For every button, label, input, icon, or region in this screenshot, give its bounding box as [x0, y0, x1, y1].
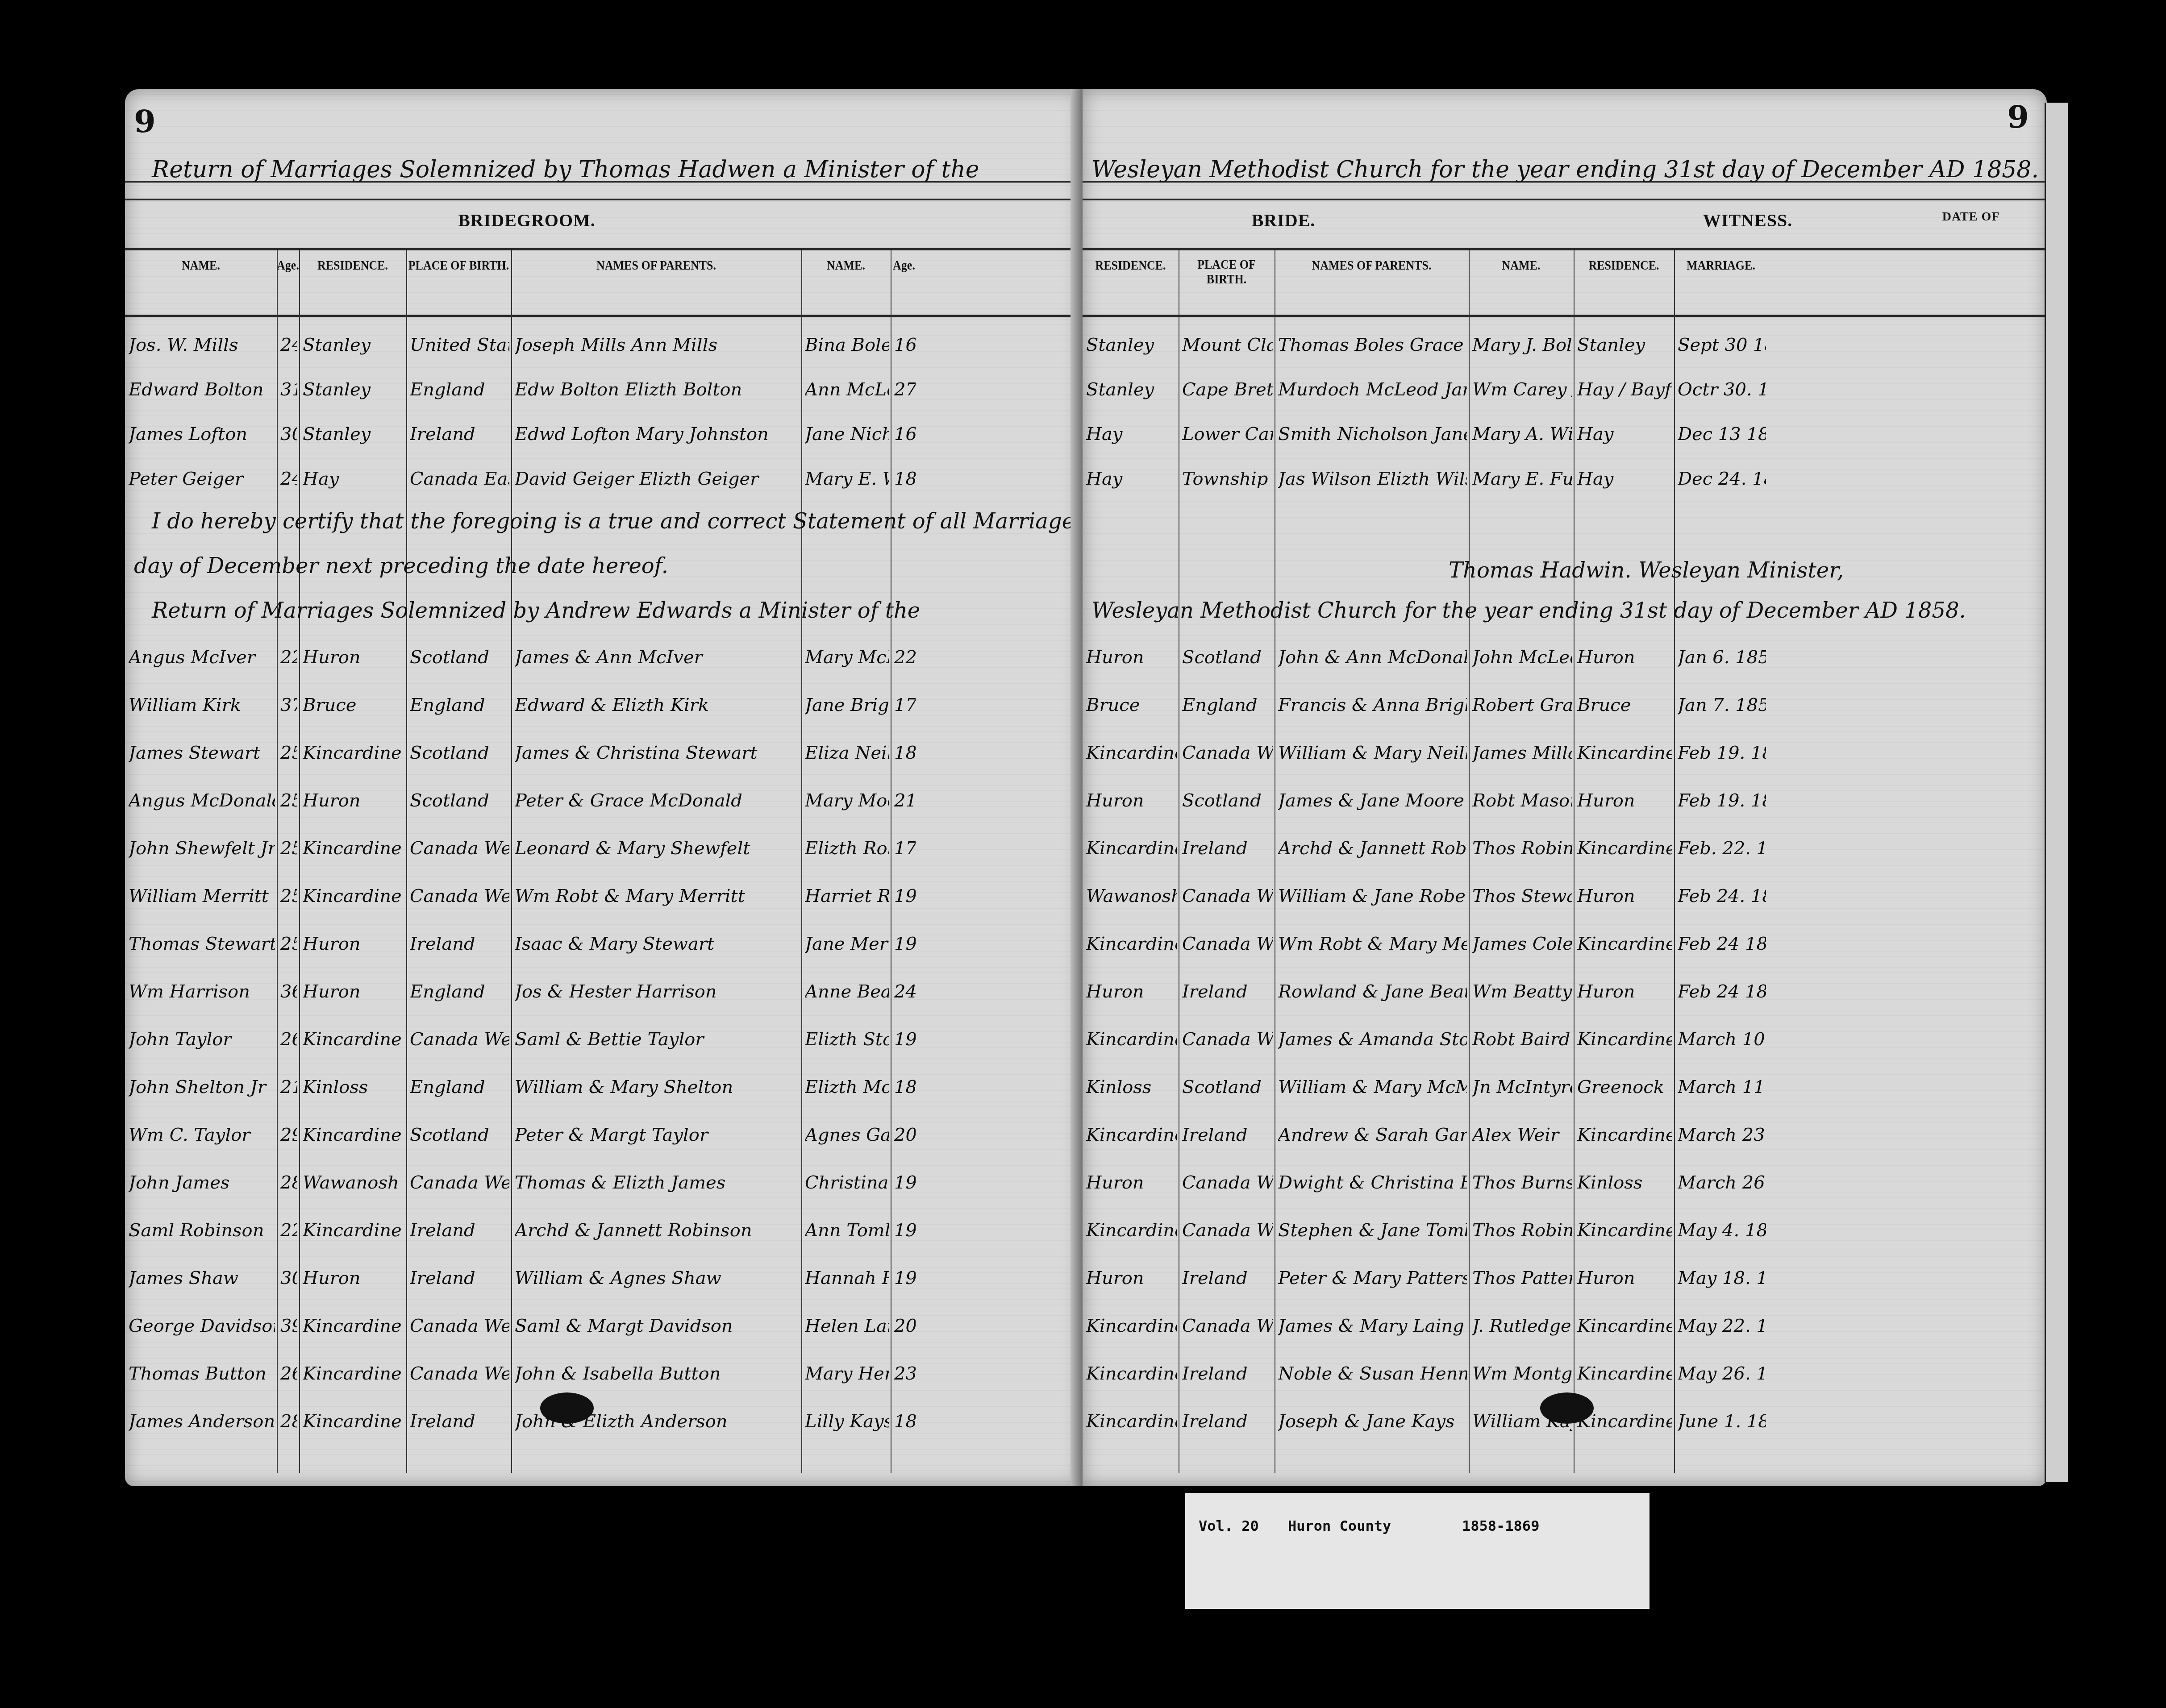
cell-date: May 18. 1858. — [1678, 1268, 1766, 1288]
cell-groom: William Kirk — [129, 695, 275, 715]
cell-bride-age: 17 — [894, 695, 916, 715]
cell-bride-birth: Lower Canada — [1182, 424, 1273, 445]
cell-bride-parents: Andrew & Sarah Gardiner — [1278, 1125, 1467, 1145]
cell-witness: Mary J. Boles / Wm Cooke — [1472, 335, 1572, 355]
cell-birthplace: Canada West — [410, 838, 509, 859]
cell-bride-birth: Canada West — [1182, 1029, 1273, 1050]
cell-date: Feb 24 1858. — [1678, 934, 1766, 954]
cell-birthplace: Canada West — [410, 1316, 509, 1336]
column-header: Age. — [891, 258, 917, 273]
cell-witness: Mary A. Wilson / Thos Nicholson — [1472, 424, 1572, 445]
cell-birthplace: Scotland — [410, 647, 509, 668]
cell-bride-res: Kincardine — [1086, 1125, 1177, 1145]
cell-parents: Peter & Margt Taylor — [515, 1125, 800, 1145]
cell-bride-birth: Scotland — [1182, 1077, 1273, 1097]
cell-bride-birth: Township Hope — [1182, 469, 1273, 489]
register-spread: 9 Return of Marriages Solemnized by Thom… — [125, 89, 2045, 1495]
cell-bride-parents: Wm Robt & Mary Merritt — [1278, 934, 1467, 954]
cell-residence: Wawanosh — [303, 1172, 404, 1193]
cell-bride: Elizth Stockwell — [805, 1029, 889, 1050]
register-row: James Shaw30HuronIrelandWilliam & Agnes … — [125, 1255, 1080, 1299]
cell-birthplace: Canada East — [410, 469, 509, 489]
cell-bride-birth: Ireland — [1182, 981, 1273, 1002]
cell-date: Dec 13 1858. — [1678, 424, 1766, 445]
register-row: Saml Robinson22KincardineIrelandArchd & … — [125, 1207, 1080, 1251]
cell-bride-res: Huron — [1086, 1172, 1177, 1193]
cell-groom: James Shaw — [129, 1268, 275, 1288]
page-number-right: 9 — [2007, 98, 2029, 135]
register-row: Wm C. Taylor29KincardineScotlandPeter & … — [125, 1111, 1080, 1156]
cell-witness-res: Kincardine — [1577, 1363, 1672, 1384]
cell-bride-age: 19 — [894, 1172, 916, 1193]
cell-groom: Wm C. Taylor — [129, 1125, 275, 1145]
cell-age: 26 — [280, 1029, 297, 1050]
cell-age: 28 — [280, 1172, 297, 1193]
cell-groom: Saml Robinson — [129, 1220, 275, 1241]
register-row: KincardineIrelandAndrew & Sarah Gardiner… — [1083, 1111, 2047, 1156]
cell-residence: Huron — [303, 981, 404, 1002]
bridegroom-heading: BRIDEGROOM. — [259, 210, 795, 231]
cell-date: May 26. 1858. — [1678, 1363, 1766, 1384]
cell-bride-res: Kincardine — [1086, 934, 1177, 954]
cell-bride-age: 16 — [894, 335, 916, 355]
minister-signature: Thomas Hadwin. Wesleyan Minister, — [1449, 558, 1844, 583]
column-header: NAME. — [1469, 258, 1574, 273]
cell-witness: Thos Burns — [1472, 1172, 1572, 1193]
cell-residence: Kinloss — [303, 1077, 404, 1097]
cell-age: 25 — [280, 886, 297, 906]
cell-residence: Kincardine — [303, 1316, 404, 1336]
cell-residence: Kincardine — [303, 1029, 404, 1050]
cell-witness-res: Huron — [1577, 790, 1672, 811]
cell-bride-age: 27 — [894, 379, 916, 400]
header-rule — [125, 248, 1080, 250]
cell-parents: Jos & Hester Harrison — [515, 981, 800, 1002]
register-row: Angus McDonald25HuronScotlandPeter & Gra… — [125, 777, 1080, 822]
cell-groom: Angus McDonald — [129, 790, 275, 811]
cell-groom: Wm Harrison — [129, 981, 275, 1002]
cell-witness: Wm Montgomery — [1472, 1363, 1572, 1384]
cell-age: 25 — [280, 743, 297, 763]
register-row: John Shelton Jr21KinlossEnglandWilliam &… — [125, 1064, 1080, 1108]
cell-bride-parents: James & Jane Moore — [1278, 790, 1467, 811]
cell-bride-age: 21 — [894, 790, 916, 811]
cell-bride-res: Huron — [1086, 981, 1177, 1002]
cell-bride-age: 19 — [894, 1268, 916, 1288]
cell-bride-parents: James & Amanda Stockwell — [1278, 1029, 1467, 1050]
cell-residence: Kincardine — [303, 886, 404, 906]
register-row: KincardineCanada WestWm Robt & Mary Merr… — [1083, 920, 2047, 965]
cell-parents: James & Christina Stewart — [515, 743, 800, 763]
return-title-left: Return of Marriages Solemnized by Thomas… — [152, 156, 979, 183]
register-row: BruceEnglandFrancis & Anna BrightonRober… — [1083, 682, 2047, 726]
cell-date: March 23 1858. — [1678, 1125, 1766, 1145]
cell-age: 21 — [280, 1077, 297, 1097]
register-row: Jos. W. Mills24StanleyUnited StatesJosep… — [125, 321, 1080, 366]
cell-bride-parents: William & Jane Robertson — [1278, 886, 1467, 906]
register-row: Edward Bolton31StanleyEnglandEdw Bolton … — [125, 366, 1080, 411]
page-number-left: 9 — [134, 103, 156, 140]
cell-bride-res: Kincardine — [1086, 838, 1177, 859]
cell-groom: John Taylor — [129, 1029, 275, 1050]
cell-witness-res: Hay / Bayfield — [1577, 379, 1672, 400]
column-header: NAMES OF PARENTS. — [1275, 258, 1469, 273]
cell-groom: George Davidson — [129, 1316, 275, 1336]
cell-birthplace: Scotland — [410, 790, 509, 811]
cell-bride: Jane Nicholson — [805, 424, 889, 445]
ink-blot — [1540, 1392, 1594, 1424]
cell-bride-birth: Canada W. — [1182, 1316, 1273, 1336]
cell-bride: Elizth Robinson — [805, 838, 889, 859]
cell-witness: Wm Carey / Isabella McLeod — [1472, 379, 1572, 400]
cell-bride-age: 18 — [894, 1411, 916, 1432]
cell-witness-res: Kincardine — [1577, 838, 1672, 859]
column-header: NAMES OF PARENTS. — [511, 258, 801, 273]
return-title-right: Wesleyan Methodist Church for the year e… — [1091, 156, 2039, 183]
cell-date: Feb. 22. 1858. — [1678, 838, 1766, 859]
register-row: KinlossScotlandWilliam & Mary McMahonJn … — [1083, 1064, 2047, 1108]
cell-parents: David Geiger Elizth Geiger — [515, 469, 800, 489]
cell-parents: Thomas & Elizth James — [515, 1172, 800, 1193]
cell-residence: Bruce — [303, 695, 404, 715]
cell-parents: William & Agnes Shaw — [515, 1268, 800, 1288]
cell-groom: John Shewfelt Jr — [129, 838, 275, 859]
cell-bride: Jane Merritt — [805, 934, 889, 954]
cell-residence: Huron — [303, 934, 404, 954]
cell-bride-parents: Archd & Jannett Robinson — [1278, 838, 1467, 859]
left-page: 9 Return of Marriages Solemnized by Thom… — [125, 89, 1080, 1486]
register-row: WawanoshCanada WestWilliam & Jane Robert… — [1083, 873, 2047, 917]
cell-bride: Hannah Patterson — [805, 1268, 889, 1288]
cell-residence: Huron — [303, 790, 404, 811]
cell-bride: Agnes Gardiner — [805, 1125, 889, 1145]
cell-witness-res: Stanley — [1577, 335, 1672, 355]
cell-bride-parents: Dwight & Christina Black — [1278, 1172, 1467, 1193]
cell-groom: Jos. W. Mills — [129, 335, 275, 355]
cell-parents: Peter & Grace McDonald — [515, 790, 800, 811]
cell-bride-age: 19 — [894, 1220, 916, 1241]
cell-bride-res: Hay — [1086, 469, 1177, 489]
column-header: RESIDENCE. — [1574, 258, 1674, 273]
register-row: William Merritt25KincardineCanada WestWm… — [125, 873, 1080, 917]
cell-groom: John Shelton Jr — [129, 1077, 275, 1097]
cell-date: Sept 30 1858. — [1678, 335, 1766, 355]
cell-bride: Lilly Kays — [805, 1411, 889, 1432]
cell-witness-res: Hay — [1577, 424, 1672, 445]
cell-bride-res: Stanley — [1086, 335, 1177, 355]
register-row: Peter Geiger24HayCanada EastDavid Geiger… — [125, 455, 1080, 500]
cell-age: 22 — [280, 647, 297, 668]
header-rule — [125, 315, 1080, 317]
cell-birthplace: England — [410, 1077, 509, 1097]
cell-bride-age: 19 — [894, 1029, 916, 1050]
cell-bride-res: Huron — [1086, 1268, 1177, 1288]
cell-parents: Saml & Bettie Taylor — [515, 1029, 800, 1050]
cell-bride-birth: Ireland — [1182, 838, 1273, 859]
cell-witness-res: Huron — [1577, 647, 1672, 668]
cell-groom: James Anderson — [129, 1411, 275, 1432]
title-rule — [1083, 181, 2047, 200]
cell-bride-res: Kincardine — [1086, 743, 1177, 763]
cell-witness: Thos Robinson — [1472, 1220, 1572, 1241]
cell-bride-birth: England — [1182, 695, 1273, 715]
cell-age: 30 — [280, 424, 297, 445]
cell-date: May 22. 1858. — [1678, 1316, 1766, 1336]
register-row: HuronIrelandRowland & Jane BeattyWm Beat… — [1083, 968, 2047, 1013]
cell-bride-parents: William & Mary Neill — [1278, 743, 1467, 763]
return-title-2-right: Wesleyan Methodist Church for the year e… — [1091, 598, 1966, 623]
cell-bride: Ann Tomlinson — [805, 1220, 889, 1241]
column-header: RESIDENCE. — [299, 258, 406, 273]
register-row: HuronScotlandJohn & Ann McDonaldJohn McL… — [1083, 634, 2047, 678]
cell-date: May 4. 1858. — [1678, 1220, 1766, 1241]
cell-age: 30 — [280, 1268, 297, 1288]
cell-birthplace: United States — [410, 335, 509, 355]
cell-bride-birth: Scotland — [1182, 647, 1273, 668]
header-rule — [1083, 248, 2047, 250]
cell-witness-res: Huron — [1577, 886, 1672, 906]
cell-parents: John & Isabella Button — [515, 1363, 800, 1384]
cell-age: 37 — [280, 695, 297, 715]
cell-parents: Wm Robt & Mary Merritt — [515, 886, 800, 906]
cell-bride-parents: Noble & Susan Hennigan — [1278, 1363, 1467, 1384]
cell-bride-age: 16 — [894, 424, 916, 445]
cell-residence: Kincardine — [303, 743, 404, 763]
register-row: William Kirk37BruceEnglandEdward & Elizt… — [125, 682, 1080, 726]
cell-age: 28 — [280, 1411, 297, 1432]
register-row: StanleyCape BretonMurdoch McLeod Jane Mc… — [1083, 366, 2047, 411]
column-header: NAME. — [125, 258, 277, 273]
cell-date: Feb 19. 1858. — [1678, 790, 1766, 811]
cell-bride-age: 18 — [894, 1077, 916, 1097]
cell-residence: Huron — [303, 647, 404, 668]
cell-witness: James Cole — [1472, 934, 1572, 954]
cell-parents: Saml & Margt Davidson — [515, 1316, 800, 1336]
cell-birthplace: England — [410, 981, 509, 1002]
cell-parents: Joseph Mills Ann Mills — [515, 335, 800, 355]
cell-bride: Bina Boles — [805, 335, 889, 355]
cell-residence: Stanley — [303, 335, 404, 355]
cell-groom: Angus McIver — [129, 647, 275, 668]
cell-parents: William & Mary Shelton — [515, 1077, 800, 1097]
cell-bride-res: Stanley — [1086, 379, 1177, 400]
cell-date: Octr 30. 1858. — [1678, 379, 1766, 400]
return-title-2: Return of Marriages Solemnized by Andrew… — [152, 598, 920, 623]
cell-birthplace: Scotland — [410, 743, 509, 763]
cell-groom: John James — [129, 1172, 275, 1193]
cell-bride-parents: Murdoch McLeod Jane McLeod — [1278, 379, 1467, 400]
cell-age: 24 — [280, 469, 297, 489]
cell-date: Feb 19. 1858. — [1678, 743, 1766, 763]
cell-bride-age: 18 — [894, 743, 916, 763]
cell-bride-birth: Canada West — [1182, 743, 1273, 763]
index-card: Vol. 20 Huron County 1858-1869 — [1185, 1493, 1649, 1609]
cell-witness-res: Huron — [1577, 981, 1672, 1002]
cell-bride: Eliza Neill — [805, 743, 889, 763]
cell-birthplace: Canada West — [410, 886, 509, 906]
cell-witness: James Millar — [1472, 743, 1572, 763]
cell-bride-birth: Canada West — [1182, 1220, 1273, 1241]
cell-date: Dec 24. 1858. — [1678, 469, 1766, 489]
cell-bride: Mary E. Wilson — [805, 469, 889, 489]
cell-birthplace: England — [410, 695, 509, 715]
cell-bride-age: 22 — [894, 647, 916, 668]
cell-age: 26 — [280, 1363, 297, 1384]
cell-witness: Mary E. Funk / Amos Aschbach — [1472, 469, 1572, 489]
cell-bride-birth: Canada West — [1182, 934, 1273, 954]
cell-bride-parents: John & Ann McDonald — [1278, 647, 1467, 668]
register-row: StanleyMount ClarkeThomas Boles Grace Bo… — [1083, 321, 2047, 366]
cell-parents: Archd & Jannett Robinson — [515, 1220, 800, 1241]
cell-birthplace: Ireland — [410, 1411, 509, 1432]
cell-birthplace: Scotland — [410, 1125, 509, 1145]
cell-parents: Leonard & Mary Shewfelt — [515, 838, 800, 859]
cell-groom: James Lofton — [129, 424, 275, 445]
cell-age: 25 — [280, 838, 297, 859]
cell-witness: Thos Patterson — [1472, 1268, 1572, 1288]
cell-bride-age: 18 — [894, 469, 916, 489]
cell-parents: Isaac & Mary Stewart — [515, 934, 800, 954]
column-header: PLACE OF BIRTH. — [406, 258, 511, 273]
cell-bride-parents: Peter & Mary Patterson — [1278, 1268, 1467, 1288]
cell-witness: J. Rutledge — [1472, 1316, 1572, 1336]
register-row: KincardineIrelandArchd & Jannett Robinso… — [1083, 825, 2047, 869]
cell-groom: Thomas Stewart — [129, 934, 275, 954]
cell-groom: Edward Bolton — [129, 379, 275, 400]
cell-date: Feb 24. 1858. — [1678, 886, 1766, 906]
column-header: Age. — [277, 258, 299, 273]
page-edge — [2045, 103, 2068, 1482]
register-row: KincardineCanada WestWilliam & Mary Neil… — [1083, 729, 2047, 774]
cell-bride: Mary Hennigan — [805, 1363, 889, 1384]
cell-age: 24 — [280, 335, 297, 355]
cell-bride: Anne Beatty — [805, 981, 889, 1002]
cell-age: 31 — [280, 379, 297, 400]
cell-witness-res: Hay — [1577, 469, 1672, 489]
cell-age: 36 — [280, 981, 297, 1002]
cell-age: 29 — [280, 1125, 297, 1145]
register-row: HuronScotlandJames & Jane MooreRobt Maso… — [1083, 777, 2047, 822]
header-rule — [1083, 315, 2047, 317]
cell-date: March 26. 1858. — [1678, 1172, 1766, 1193]
volume-label: Vol. 20 — [1199, 1517, 1259, 1534]
cell-witness-res: Greenock — [1577, 1077, 1672, 1097]
cell-bride-res: Kincardine — [1086, 1363, 1177, 1384]
register-row: HayLower CanadaSmith Nicholson Jane Nich… — [1083, 411, 2047, 455]
cell-witness-res: Kincardine — [1577, 934, 1672, 954]
cell-witness: Alex Weir — [1472, 1125, 1572, 1145]
cell-birthplace: Canada West — [410, 1172, 509, 1193]
cell-date: Jan 7. 1858. — [1678, 695, 1766, 715]
cell-witness: John McLeod — [1472, 647, 1572, 668]
cell-parents: James & Ann McIver — [515, 647, 800, 668]
register-row: HuronIrelandPeter & Mary PattersonThos P… — [1083, 1255, 2047, 1299]
cell-bride-birth: Ireland — [1182, 1411, 1273, 1432]
cell-bride-res: Wawanosh — [1086, 886, 1177, 906]
cell-bride: Mary Moore — [805, 790, 889, 811]
register-row: KincardineCanada W.James & Mary LaingJ. … — [1083, 1302, 2047, 1347]
cell-bride-res: Kincardine — [1086, 1029, 1177, 1050]
cell-residence: Huron — [303, 1268, 404, 1288]
cell-parents: Edw Bolton Elizth Bolton — [515, 379, 800, 400]
cell-groom: Thomas Button — [129, 1363, 275, 1384]
cell-groom: James Stewart — [129, 743, 275, 763]
cell-birthplace: Ireland — [410, 424, 509, 445]
cell-bride-parents: James & Mary Laing — [1278, 1316, 1467, 1336]
cell-bride-birth: Canada West — [1182, 1172, 1273, 1193]
cell-residence: Kincardine — [303, 1125, 404, 1145]
witness-heading: WITNESS. — [1636, 210, 1859, 231]
cell-bride-res: Huron — [1086, 790, 1177, 811]
cell-birthplace: England — [410, 379, 509, 400]
years-label: 1858-1869 — [1462, 1517, 1539, 1534]
cell-bride-age: 23 — [894, 1363, 916, 1384]
register-row: Thomas Button26KincardineCanada WestJohn… — [125, 1350, 1080, 1395]
cell-bride-age: 24 — [894, 981, 916, 1002]
cell-age: 39 — [280, 1316, 297, 1336]
cell-date: March 10. 1858. — [1678, 1029, 1766, 1050]
cell-residence: Kincardine — [303, 838, 404, 859]
cell-bride-res: Hay — [1086, 424, 1177, 445]
date-of-heading: DATE OF — [1899, 210, 2042, 224]
cell-bride-birth: Canada West — [1182, 886, 1273, 906]
cell-witness-res: Kincardine — [1577, 1220, 1672, 1241]
cell-bride-res: Kincardine — [1086, 1316, 1177, 1336]
cell-bride: Mary McDonald — [805, 647, 889, 668]
column-header: RESIDENCE. — [1083, 258, 1179, 273]
column-header: NAME. — [801, 258, 891, 273]
cell-bride-parents: Joseph & Jane Kays — [1278, 1411, 1467, 1432]
cell-bride-birth: Ireland — [1182, 1125, 1273, 1145]
cell-bride-res: Bruce — [1086, 695, 1177, 715]
cell-date: March 11. 1858. — [1678, 1077, 1766, 1097]
cell-witness: Wm Beatty — [1472, 981, 1572, 1002]
bride-heading: BRIDE. — [1127, 210, 1440, 231]
cell-bride-birth: Ireland — [1182, 1363, 1273, 1384]
register-row: Wm Harrison36HuronEnglandJos & Hester Ha… — [125, 968, 1080, 1013]
cell-age: 25 — [280, 934, 297, 954]
cell-witness-res: Kincardine — [1577, 1316, 1672, 1336]
cell-residence: Kincardine — [303, 1363, 404, 1384]
register-row: John Shewfelt Jr25KincardineCanada WestL… — [125, 825, 1080, 869]
cell-date: June 1. 1858. — [1678, 1411, 1766, 1432]
register-row: John Taylor26KincardineCanada WestSaml &… — [125, 1016, 1080, 1060]
cell-witness-res: Bruce — [1577, 695, 1672, 715]
cell-age: 22 — [280, 1220, 297, 1241]
cell-bride-birth: Ireland — [1182, 1268, 1273, 1288]
cell-bride: Helen Laing — [805, 1316, 889, 1336]
cell-witness-res: Huron — [1577, 1268, 1672, 1288]
cell-bride-age: 19 — [894, 886, 916, 906]
cell-parents: Edward & Elizth Kirk — [515, 695, 800, 715]
cell-witness-res: Kincardine — [1577, 1029, 1672, 1050]
cell-bride: Ann McLeod — [805, 379, 889, 400]
register-row: KincardineIrelandNoble & Susan HenniganW… — [1083, 1350, 2047, 1395]
cell-bride-res: Huron — [1086, 647, 1177, 668]
register-row: James Lofton30StanleyIrelandEdwd Lofton … — [125, 411, 1080, 455]
cell-witness: Thos Stewart — [1472, 886, 1572, 906]
cell-bride-parents: Jas Wilson Elizth Wilson — [1278, 469, 1467, 489]
register-row: HuronCanada WestDwight & Christina Black… — [1083, 1159, 2047, 1204]
cell-birthplace: Ireland — [410, 1220, 509, 1241]
register-row: John James28WawanoshCanada WestThomas & … — [125, 1159, 1080, 1204]
cell-witness: Robt Baird — [1472, 1029, 1572, 1050]
cell-bride-parents: Francis & Anna Brighton — [1278, 695, 1467, 715]
cell-bride-parents: Rowland & Jane Beatty — [1278, 981, 1467, 1002]
cell-date: Feb 24 1858. — [1678, 981, 1766, 1002]
column-header: MARRIAGE. — [1674, 258, 1768, 273]
cell-witness: Jn McIntyre — [1472, 1077, 1572, 1097]
